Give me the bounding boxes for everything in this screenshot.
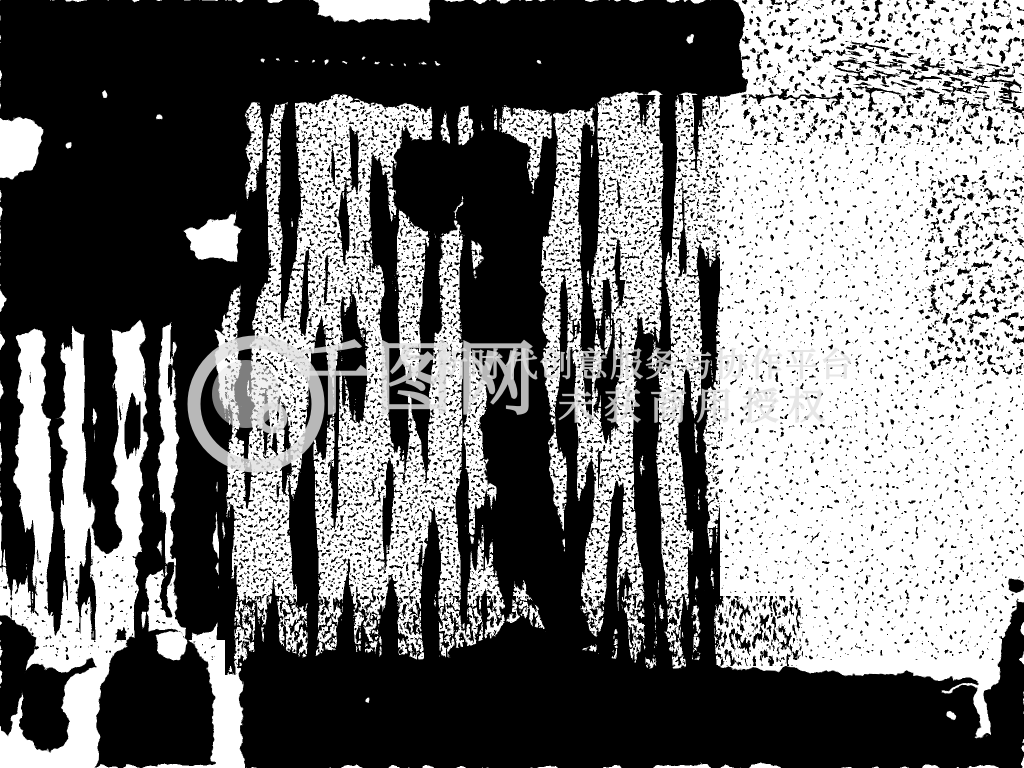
drip-stroke	[57, 425, 59, 478]
nozzle-highlight	[158, 633, 189, 658]
drip-stroke	[242, 120, 246, 435]
squiggle-stroke	[700, 398, 704, 650]
squiggle-stroke	[646, 338, 650, 654]
drip-stroke	[194, 280, 199, 612]
pinhole	[229, 213, 235, 219]
drip-stroke	[101, 300, 107, 540]
drip-stroke	[149, 292, 153, 565]
right-edge-blob	[1008, 577, 1024, 593]
drip-stroke	[9, 295, 12, 525]
grunge-texture-image: 千图网 新时代创意服务与协作平台 未获商用授权	[0, 0, 1024, 768]
pinhole	[156, 116, 161, 121]
right-mid-cluster	[925, 175, 1024, 375]
drip-stroke	[50, 285, 54, 410]
pinhole	[687, 37, 693, 43]
texture-canvas	[0, 0, 1024, 768]
band-white-dot	[949, 712, 957, 720]
squiggle-stroke	[436, 128, 439, 330]
pinhole	[101, 89, 107, 95]
pinhole	[538, 58, 543, 63]
band-white-dot	[367, 697, 373, 703]
pinhole	[63, 145, 69, 151]
